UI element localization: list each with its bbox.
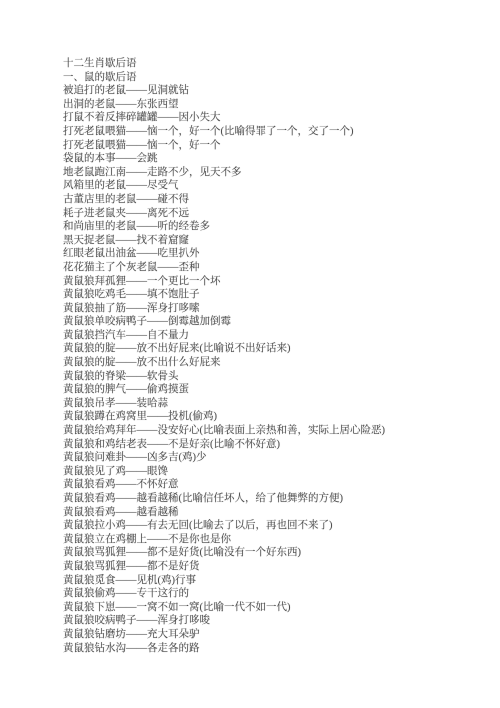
- entry-line: 黄鼠狼的腚——放不出好屁来(比喻说不出好话来): [63, 342, 453, 356]
- text-block: 十二生肖歇后语 一、鼠的歇后语 被追打的老鼠——见洞就钻出洞的老鼠——东张西望打…: [63, 57, 453, 655]
- entry-line: 黄鼠狼立在鸡棚上——不是你也是你: [63, 533, 453, 547]
- entry-line: 黄鼠狼抽了筋——浑身打哆嗦: [63, 302, 453, 316]
- entry-line: 黄鼠狼见了鸡——眼馋: [63, 465, 453, 479]
- entry-list: 被追打的老鼠——见洞就钻出洞的老鼠——东张西望打鼠不着反摔碎罐罐——因小失大打死…: [63, 84, 453, 655]
- entry-line: 黑天捉老鼠——找不着窟窿: [63, 234, 453, 248]
- entry-line: 黄鼠狼咬病鸭子——浑身打哆唆: [63, 614, 453, 628]
- entry-line: 黄鼠狼挡汽车——自不量力: [63, 329, 453, 343]
- entry-line: 被追打的老鼠——见洞就钻: [63, 84, 453, 98]
- entry-line: 风箱里的老鼠——尽受气: [63, 179, 453, 193]
- entry-line: 出洞的老鼠——东张西望: [63, 98, 453, 112]
- entry-line: 黄鼠狼拉小鸡——有去无回(比喻去了以后，再也回不来了): [63, 519, 453, 533]
- entry-line: 黄鼠狼的脊梁——软骨头: [63, 370, 453, 384]
- entry-line: 黄鼠狼给鸡拜年——没安好心(比喻表面上亲热和善，实际上居心险恶): [63, 424, 453, 438]
- entry-line: 黄鼠狼下崽——一窝不如一窝(比喻一代不如一代): [63, 601, 453, 615]
- entry-line: 红眼老鼠出油盆——吃里扒外: [63, 247, 453, 261]
- entry-line: 古董店里的老鼠——碰不得: [63, 193, 453, 207]
- entry-line: 黄鼠狼的腚——放不出什么好屁来: [63, 356, 453, 370]
- entry-line: 黄鼠狼问难卦——凶多吉(鸡)少: [63, 451, 453, 465]
- entry-line: 打死老鼠喂猫——恼一个，好一个(比喻得罪了一个，交了一个): [63, 125, 453, 139]
- document-title: 十二生肖歇后语: [63, 57, 453, 71]
- entry-line: 袋鼠的本事——会跳: [63, 152, 453, 166]
- entry-line: 黄鼠狼骂狐狸——都不是好货: [63, 560, 453, 574]
- entry-line: 黄鼠狼看鸡——越看越稀: [63, 506, 453, 520]
- entry-line: 地老鼠跑江南——走路不少，见天不多: [63, 166, 453, 180]
- document-page: 十二生肖歇后语 一、鼠的歇后语 被追打的老鼠——见洞就钻出洞的老鼠——东张西望打…: [0, 0, 500, 708]
- entry-line: 耗子进老鼠夹——离死不远: [63, 207, 453, 221]
- entry-line: 黄鼠狼偷鸡——专干这行的: [63, 587, 453, 601]
- entry-line: 和尚庙里的老鼠——听的经卷多: [63, 220, 453, 234]
- entry-line: 黄鼠狼的脾气——偷鸡摸蛋: [63, 383, 453, 397]
- entry-line: 黄鼠狼骂狐狸——都不是好货(比喻没有一个好东西): [63, 546, 453, 560]
- entry-line: 黄鼠狼拜孤狸——一个更比一个坏: [63, 275, 453, 289]
- entry-line: 黄鼠狼钻水沟——各走各的路: [63, 642, 453, 656]
- entry-line: 黄鼠狼看鸡——越看越稀(比喻信任坏人，给了他舞弊的方便): [63, 492, 453, 506]
- entry-line: 打死老鼠喂猫——恼一个，好一个: [63, 139, 453, 153]
- entry-line: 黄鼠狼吊孝——装哈蒜: [63, 397, 453, 411]
- entry-line: 打鼠不着反摔碎罐罐——因小失大: [63, 111, 453, 125]
- entry-line: 花花猫主了个灰老鼠——歪种: [63, 261, 453, 275]
- section-heading: 一、鼠的歇后语: [63, 71, 453, 85]
- entry-line: 黄鼠狼钻磨坊——充大耳朵驴: [63, 628, 453, 642]
- entry-line: 黄鼠狼单咬病鸭子——倒霉越加倒霉: [63, 315, 453, 329]
- entry-line: 黄鼠狼觅食——见机(鸡)行事: [63, 574, 453, 588]
- entry-line: 黄鼠狼吃鸡毛——填不饱肚子: [63, 288, 453, 302]
- entry-line: 黄鼠狼和鸡结老表——不是好亲(比喻不怀好意): [63, 438, 453, 452]
- entry-line: 黄鼠狼蹲在鸡窝里——投机(偷鸡): [63, 410, 453, 424]
- entry-line: 黄鼠狼看鸡——不怀好意: [63, 478, 453, 492]
